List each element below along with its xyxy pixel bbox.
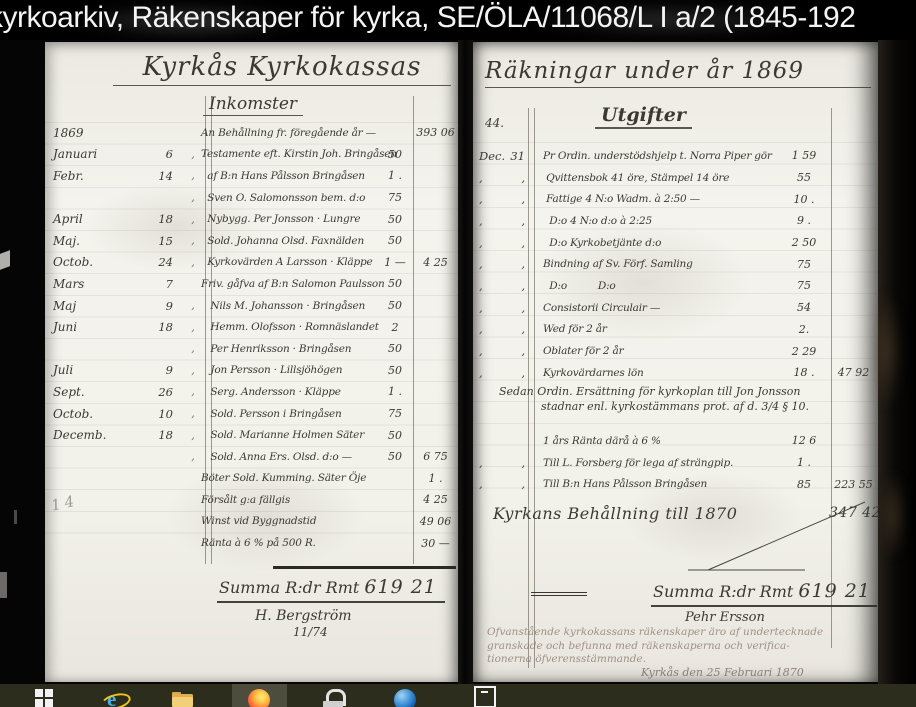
firefox-icon xyxy=(248,689,270,707)
ledger-row: , , Oblater för 2 år 2 29 xyxy=(473,340,878,362)
row-amount: 75 xyxy=(377,407,413,420)
row-description: Till B:n Hans Pålsson Bringåsen xyxy=(543,478,779,490)
row-day: , xyxy=(507,171,529,185)
scan-edge-mark xyxy=(0,250,10,270)
row-day: , xyxy=(507,477,529,491)
ledger-right-page: Räkningar under år 1869 44. Utgifter Dec… xyxy=(473,42,878,682)
audit-note-line: tionerna öfverensstämmande. xyxy=(487,653,823,667)
row-description: Sven O. Salomonsson bem. d:o xyxy=(201,192,377,204)
row-description: Sold. Persson i Bringåsen xyxy=(201,408,377,420)
row-description: Consistorii Circulair — xyxy=(543,302,779,314)
summa-value: 619 21 xyxy=(798,580,870,602)
inkomster-rows: 1869 An Behållning fr. föregående år — 3… xyxy=(45,122,458,554)
internet-explorer-icon: e xyxy=(103,687,127,707)
ledger-row: , , D:o D:o 75 xyxy=(473,275,878,297)
row-day: , xyxy=(507,301,529,315)
row-ditto-mark: , xyxy=(185,450,201,463)
summa-value: 619 21 xyxy=(364,576,436,598)
row-ditto-mark: , xyxy=(185,321,201,334)
row-subtotal: 6 75 xyxy=(413,450,458,463)
row-description: Sold. Johanna Olsd. Faxnälden xyxy=(201,235,377,247)
balance-value: 347 42 xyxy=(829,505,881,521)
row-description: Qvittensbok 41 öre, Stämpel 14 öre xyxy=(543,172,779,184)
row-date: Decemb. xyxy=(45,428,141,442)
scan-edge-mark xyxy=(0,572,7,598)
ledger-row: Ränta à 6 % på 500 R. 30 — xyxy=(45,532,458,554)
ledger-row: , , Wed för 2 år 2. xyxy=(473,319,878,341)
ledger-row: , , Bindning af Sv. Förf. Samling 75 xyxy=(473,253,878,275)
row-amount: 1 — xyxy=(377,256,413,269)
row-date: Octob. xyxy=(45,407,141,421)
row-date: Juni xyxy=(45,320,141,334)
scan-edge-mark xyxy=(14,510,17,524)
ledger-row: Mars 7 Friv. gåfva af B:n Salomon Paulss… xyxy=(45,273,458,295)
row-month: , xyxy=(473,171,507,185)
row-amount: 50 xyxy=(377,299,413,312)
row-subtotal: 49 06 xyxy=(413,515,458,528)
row-subtotal: 47 92 xyxy=(829,366,878,379)
row-month: , xyxy=(473,279,507,293)
row-subtotal: 1 . xyxy=(413,472,458,485)
row-description: Testamente eft. Kirstin Joh. Bringåsen xyxy=(201,148,377,160)
row-ditto-mark: , xyxy=(185,429,201,442)
ledger-row: , , Fattige 4 N:o Wadm. à 2:50 — 10 . xyxy=(473,188,878,210)
row-subtotal: 4 25 xyxy=(413,493,458,506)
row-amount: 50 xyxy=(377,450,413,463)
signature-date: 11/74 xyxy=(293,625,328,639)
row-description: Serg. Andersson · Kläppe xyxy=(201,386,377,398)
row-ditto-mark: , xyxy=(185,191,201,204)
audit-place-date: Kyrkås den 25 Februari 1870 xyxy=(641,666,804,679)
ledger-row: Januari 6 , Testamente eft. Kirstin Joh.… xyxy=(45,144,458,166)
ledger-row: , Per Henriksson · Bringåsen 50 xyxy=(45,338,458,360)
taskbar-button-sticky-notes[interactable] xyxy=(460,684,506,707)
signer-name: Pehr Ersson xyxy=(685,610,765,625)
binding-gutter xyxy=(458,40,473,684)
row-ditto-mark: , xyxy=(185,148,201,161)
row-ditto-mark: , xyxy=(185,407,201,420)
row-description: Kyrkovärden A Larsson · Kläppe xyxy=(201,256,377,268)
row-description: Böter Sold. Kumming. Säter Öje xyxy=(201,472,377,484)
row-day: , xyxy=(507,456,529,470)
row-date: Januari xyxy=(45,147,141,161)
row-month: Dec. xyxy=(473,149,507,163)
row-description: Jon Persson · Lillsjöhögen xyxy=(201,364,377,376)
row-date: Sept. xyxy=(45,385,141,399)
windows-start-icon xyxy=(35,689,54,707)
right-page-section-heading: Utgifter xyxy=(595,104,692,129)
row-day: , xyxy=(507,344,529,358)
row-description: Ränta à 6 % på 500 R. xyxy=(201,537,377,549)
row-description: Bindning af Sv. Förf. Samling xyxy=(543,258,779,270)
window-title: kyrkoarkiv, Räkenskaper för kyrka, SE/ÖL… xyxy=(0,1,855,35)
row-date: Febr. xyxy=(45,169,141,183)
row-amount: 2 50 xyxy=(779,236,829,249)
row-subtotal: 4 25 xyxy=(413,256,458,269)
row-amount: 50 xyxy=(377,342,413,355)
row-description: Fattige 4 N:o Wadm. à 2:50 — xyxy=(543,193,779,205)
total-rule xyxy=(273,566,456,569)
row-ditto-mark: , xyxy=(185,256,201,269)
ledger-row: Maj 9 , Nils M. Johansson · Bringåsen 50 xyxy=(45,295,458,317)
ledger-row: Böter Sold. Kumming. Säter Öje 1 . xyxy=(45,468,458,490)
row-description: af B:n Hans Pålsson Bringåsen xyxy=(201,170,377,182)
document-scan: Kyrkås Kyrkokassas Inkomster 1869 An Beh… xyxy=(0,40,916,684)
row-amount: 2 xyxy=(377,321,413,334)
ledger-row: , , D:o 4 N:o d:o à 2:25 9 . xyxy=(473,210,878,232)
row-month: , xyxy=(473,322,507,336)
row-month: , xyxy=(473,477,507,491)
row-month: , xyxy=(473,236,507,250)
taskbar-button-internet-explorer[interactable]: e xyxy=(92,684,138,707)
row-month: , xyxy=(473,257,507,271)
padlock-icon xyxy=(323,687,343,707)
row-description: Pr Ordin. understödshjelp t. Norra Piper… xyxy=(543,150,779,162)
row-day: , xyxy=(507,279,529,293)
ledger-row: , , Kyrkovärdarnes lön 18 . 47 92 xyxy=(473,362,878,384)
row-amount: 2 29 xyxy=(779,345,829,358)
left-page-title: Kyrkås Kyrkokassas xyxy=(113,52,451,86)
row-amount: 1 . xyxy=(779,456,829,469)
ledger-row: , , Qvittensbok 41 öre, Stämpel 14 öre 5… xyxy=(473,167,878,189)
ledger-row: Octob. 10 , Sold. Persson i Bringåsen 75 xyxy=(45,403,458,425)
row-amount: 75 xyxy=(779,279,829,292)
row-description: An Behållning fr. föregående år — xyxy=(201,127,377,139)
ledger-row: , , Consistorii Circulair — 54 xyxy=(473,297,878,319)
row-ditto-mark: , xyxy=(185,385,201,398)
ledger-row: Juni 18 , Hemm. Olofsson · Romnäslandet … xyxy=(45,316,458,338)
balance-line: Kyrkans Behållning till 1870 347 42 xyxy=(493,504,737,523)
ledger-row: Winst vid Byggnadstid 49 06 xyxy=(45,511,458,533)
row-day: 7 xyxy=(141,277,185,291)
row-subtotal: 30 — xyxy=(413,537,458,550)
taskbar-button-firefox[interactable] xyxy=(232,684,287,707)
row-day: 9 xyxy=(141,299,185,313)
ledger-row: , , Till B:n Hans Pålsson Bringåsen 85 2… xyxy=(473,473,878,495)
ledger-row: Juli 9 , Jon Persson · Lillsjöhögen 50 xyxy=(45,360,458,382)
row-description: D:o D:o xyxy=(543,280,779,292)
row-date: Maj xyxy=(45,299,141,313)
taskbar-button-keepass[interactable] xyxy=(310,684,356,707)
note-line: Sedan Ordin. Ersättning för kyrkoplan ti… xyxy=(499,384,809,399)
row-amount: 1 59 xyxy=(779,149,829,162)
window-titlebar: kyrkoarkiv, Räkenskaper för kyrka, SE/ÖL… xyxy=(0,0,916,40)
row-description: 1 års Ränta därå à 6 % xyxy=(543,435,779,447)
row-day: 14 xyxy=(141,169,185,183)
note-line: stadnar enl. kyrkostämmans prot. af d. 3… xyxy=(499,399,809,414)
notes-window-icon xyxy=(474,686,496,707)
scan-smudge xyxy=(872,290,902,410)
ledger-left-page: Kyrkås Kyrkokassas Inkomster 1869 An Beh… xyxy=(45,42,458,682)
row-description: Försålt g:a fällgis xyxy=(201,494,377,506)
row-description: Nils M. Johansson · Bringåsen xyxy=(201,300,377,312)
row-amount: 2. xyxy=(779,323,829,336)
row-amount: 50 xyxy=(377,213,413,226)
audit-note: Ofvanstående kyrkokassans räkenskaper är… xyxy=(487,626,823,667)
row-day: 9 xyxy=(141,363,185,377)
utgifter-rows-lower: 1 års Ränta därå à 6 % 12 6 , , Till L. … xyxy=(473,430,878,495)
ledger-row: Maj. 15 , Sold. Johanna Olsd. Faxnälden … xyxy=(45,230,458,252)
row-description: D:o Kyrkobetjänte d:o xyxy=(543,237,779,249)
row-amount: 50 xyxy=(377,148,413,161)
row-ditto-mark: , xyxy=(185,364,201,377)
row-day: 26 xyxy=(141,385,185,399)
row-ditto-mark: , xyxy=(185,299,201,312)
row-month: , xyxy=(473,344,507,358)
row-date: Mars xyxy=(45,277,141,291)
marginal-note: Sedan Ordin. Ersättning för kyrkoplan ti… xyxy=(499,384,809,414)
signature: H. Bergström xyxy=(255,608,352,624)
row-description: Sold. Marianne Holmen Säter xyxy=(201,429,377,441)
row-ditto-mark: , xyxy=(185,213,201,226)
row-description: Per Henriksson · Bringåsen xyxy=(201,343,377,355)
row-amount: 50 xyxy=(377,277,413,290)
ledger-row: , Sold. Anna Ers. Olsd. d:o — 50 6 75 xyxy=(45,446,458,468)
row-day: 6 xyxy=(141,147,185,161)
row-day: 31 xyxy=(507,149,529,163)
ledger-row: Decemb. 18 , Sold. Marianne Holmen Säter… xyxy=(45,424,458,446)
row-amount: 85 xyxy=(779,478,829,491)
summa-dash xyxy=(531,592,587,593)
audit-note-line: granskade och befunna med räkenskaperna … xyxy=(487,640,823,654)
row-subtotal: 223 55 xyxy=(829,478,878,491)
ledger-row: Febr. 14 , af B:n Hans Pålsson Bringåsen… xyxy=(45,165,458,187)
row-description: Kyrkovärdarnes lön xyxy=(543,367,779,379)
row-day: , xyxy=(507,257,529,271)
balance-label: Kyrkans Behållning till 1870 xyxy=(493,504,737,523)
row-amount: 10 . xyxy=(779,193,829,206)
left-page-section-heading: Inkomster xyxy=(203,94,303,116)
row-date: Maj. xyxy=(45,234,141,248)
row-amount: 9 . xyxy=(779,214,829,227)
file-explorer-folder-icon xyxy=(172,688,193,707)
row-day: , xyxy=(507,322,529,336)
row-amount: 18 . xyxy=(779,366,829,379)
row-amount: 50 xyxy=(377,234,413,247)
row-month: , xyxy=(473,301,507,315)
row-day: , xyxy=(507,236,529,250)
row-month: , xyxy=(473,456,507,470)
row-date: Juli xyxy=(45,363,141,377)
ledger-row: , , D:o Kyrkobetjänte d:o 2 50 xyxy=(473,232,878,254)
row-day: 24 xyxy=(141,255,185,269)
row-description: Friv. gåfva af B:n Salomon Paulsson xyxy=(201,278,377,290)
row-description: Hemm. Olofsson · Romnäslandet xyxy=(201,321,377,333)
row-date: April xyxy=(45,212,141,226)
taskbar-button-thunderbird[interactable] xyxy=(382,684,428,707)
row-amount: 54 xyxy=(779,301,829,314)
row-day: 15 xyxy=(141,234,185,248)
row-amount: 55 xyxy=(779,171,829,184)
row-amount: 50 xyxy=(377,429,413,442)
row-day: 18 xyxy=(141,212,185,226)
start-button[interactable] xyxy=(22,684,68,707)
row-amount: 12 6 xyxy=(779,434,829,447)
row-amount: 1 . xyxy=(377,169,413,182)
screen: kyrkoarkiv, Räkenskaper för kyrka, SE/ÖL… xyxy=(0,0,916,707)
row-day: , xyxy=(507,214,529,228)
ledger-row: 1869 An Behållning fr. föregående år — 3… xyxy=(45,122,458,144)
summa-label: Summa R:dr Rmt xyxy=(653,582,793,601)
taskbar-button-file-explorer[interactable] xyxy=(160,684,206,707)
taskbar: e xyxy=(0,684,916,707)
audit-note-line: Ofvanstående kyrkokassans räkenskaper är… xyxy=(487,626,823,640)
ledger-row: 1 års Ränta därå à 6 % 12 6 xyxy=(473,430,878,452)
row-description: Wed för 2 år xyxy=(543,323,779,335)
ledger-row: Dec. 31 Pr Ordin. understödshjelp t. Nor… xyxy=(473,145,878,167)
row-ditto-mark: , xyxy=(185,234,201,247)
summa-label: Summa R:dr Rmt xyxy=(219,578,359,597)
ledger-row: Försålt g:a fällgis 4 25 xyxy=(45,489,458,511)
row-description: D:o 4 N:o d:o à 2:25 xyxy=(543,215,779,227)
row-subtotal: 393 06 xyxy=(413,126,458,139)
row-description: Sold. Anna Ers. Olsd. d:o — xyxy=(201,451,377,463)
row-description: Winst vid Byggnadstid xyxy=(201,515,377,527)
row-amount: 75 xyxy=(377,191,413,204)
right-summa-line: Summa R:dr Rmt 619 21 xyxy=(651,580,877,607)
row-description: Till L. Forsberg för lega af strängpip. xyxy=(543,457,779,469)
ledger-row: , , Till L. Forsberg för lega af strängp… xyxy=(473,452,878,474)
row-date: 1869 xyxy=(45,126,141,140)
left-summa-line: Summa R:dr Rmt 619 21 xyxy=(217,576,445,603)
row-month: , xyxy=(473,192,507,206)
row-day: 18 xyxy=(141,428,185,442)
row-description: Oblater för 2 år xyxy=(543,345,779,357)
blue-globe-icon xyxy=(394,689,416,707)
row-date: Octob. xyxy=(45,255,141,269)
ledger-row: April 18 , Nybygg. Per Jonsson · Lungre … xyxy=(45,208,458,230)
row-day: , xyxy=(507,366,529,380)
ledger-row: Sept. 26 , Serg. Andersson · Kläppe 1 . xyxy=(45,381,458,403)
row-month: , xyxy=(473,214,507,228)
scan-right-edge xyxy=(878,40,916,684)
ledger-row: Octob. 24 , Kyrkovärden A Larsson · Kläp… xyxy=(45,252,458,274)
row-day: 18 xyxy=(141,320,185,334)
row-description: Nybygg. Per Jonsson · Lungre xyxy=(201,213,377,225)
row-amount: 1 . xyxy=(377,385,413,398)
row-month: , xyxy=(473,366,507,380)
row-day: 10 xyxy=(141,407,185,421)
row-day: , xyxy=(507,192,529,206)
row-ditto-mark: , xyxy=(185,169,201,182)
row-ditto-mark: , xyxy=(185,342,201,355)
folio-number: 44. xyxy=(485,116,504,130)
right-page-title: Räkningar under år 1869 xyxy=(485,58,871,88)
utgifter-rows-upper: Dec. 31 Pr Ordin. understödshjelp t. Nor… xyxy=(473,145,878,384)
scan-smudge xyxy=(880,470,906,560)
row-amount: 50 xyxy=(377,364,413,377)
row-amount: 75 xyxy=(779,258,829,271)
ledger-row: , Sven O. Salomonsson bem. d:o 75 xyxy=(45,187,458,209)
